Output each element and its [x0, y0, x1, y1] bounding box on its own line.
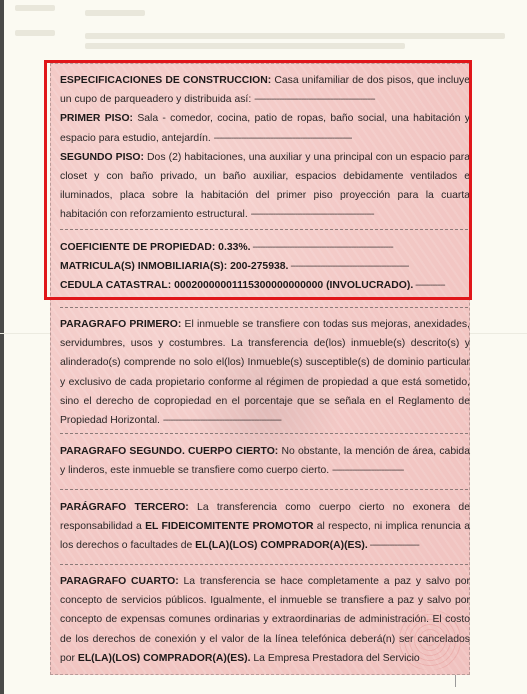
separator-line: [60, 489, 468, 490]
margin-tick: [455, 675, 456, 687]
coefficient-text: COEFICIENTE DE PROPIEDAD: 0.33%.: [60, 242, 251, 253]
paragraph-fourth: PARAGRAFO CUARTO: La transferencia se ha…: [60, 572, 470, 668]
construction-specifications: ESPECIFICACIONES DE CONSTRUCCION: Casa u…: [60, 71, 470, 225]
previous-page-bleed: [10, 0, 527, 55]
separator-line: [60, 564, 468, 565]
registration-text: MATRICULA(S) INMOBILIARIA(S): 200-275938…: [60, 261, 288, 272]
separator-line: [60, 433, 468, 434]
specifications-label: ESPECIFICACIONES DE CONSTRUCCION:: [60, 75, 271, 86]
scan-edge: [0, 0, 4, 694]
cadastral-text: CEDULA CATASTRAL: 0002000000111530000000…: [60, 280, 413, 291]
paragraph-third: PARÁGRAFO TERCERO: La transferencia como…: [60, 498, 470, 556]
separator-line: [60, 229, 468, 230]
second-floor-label: SEGUNDO PISO:: [60, 152, 144, 163]
separator-line: [60, 307, 468, 308]
paragraph-second: PARAGRAFO SEGUNDO. CUERPO CIERTO: No obs…: [60, 442, 470, 480]
first-floor-label: PRIMER PISO:: [60, 113, 133, 124]
property-identifiers: COEFICIENTE DE PROPIEDAD: 0.33%. -------…: [60, 238, 470, 296]
paragraph-first: PARAGRAFO PRIMERO: El inmueble se transf…: [60, 315, 470, 430]
